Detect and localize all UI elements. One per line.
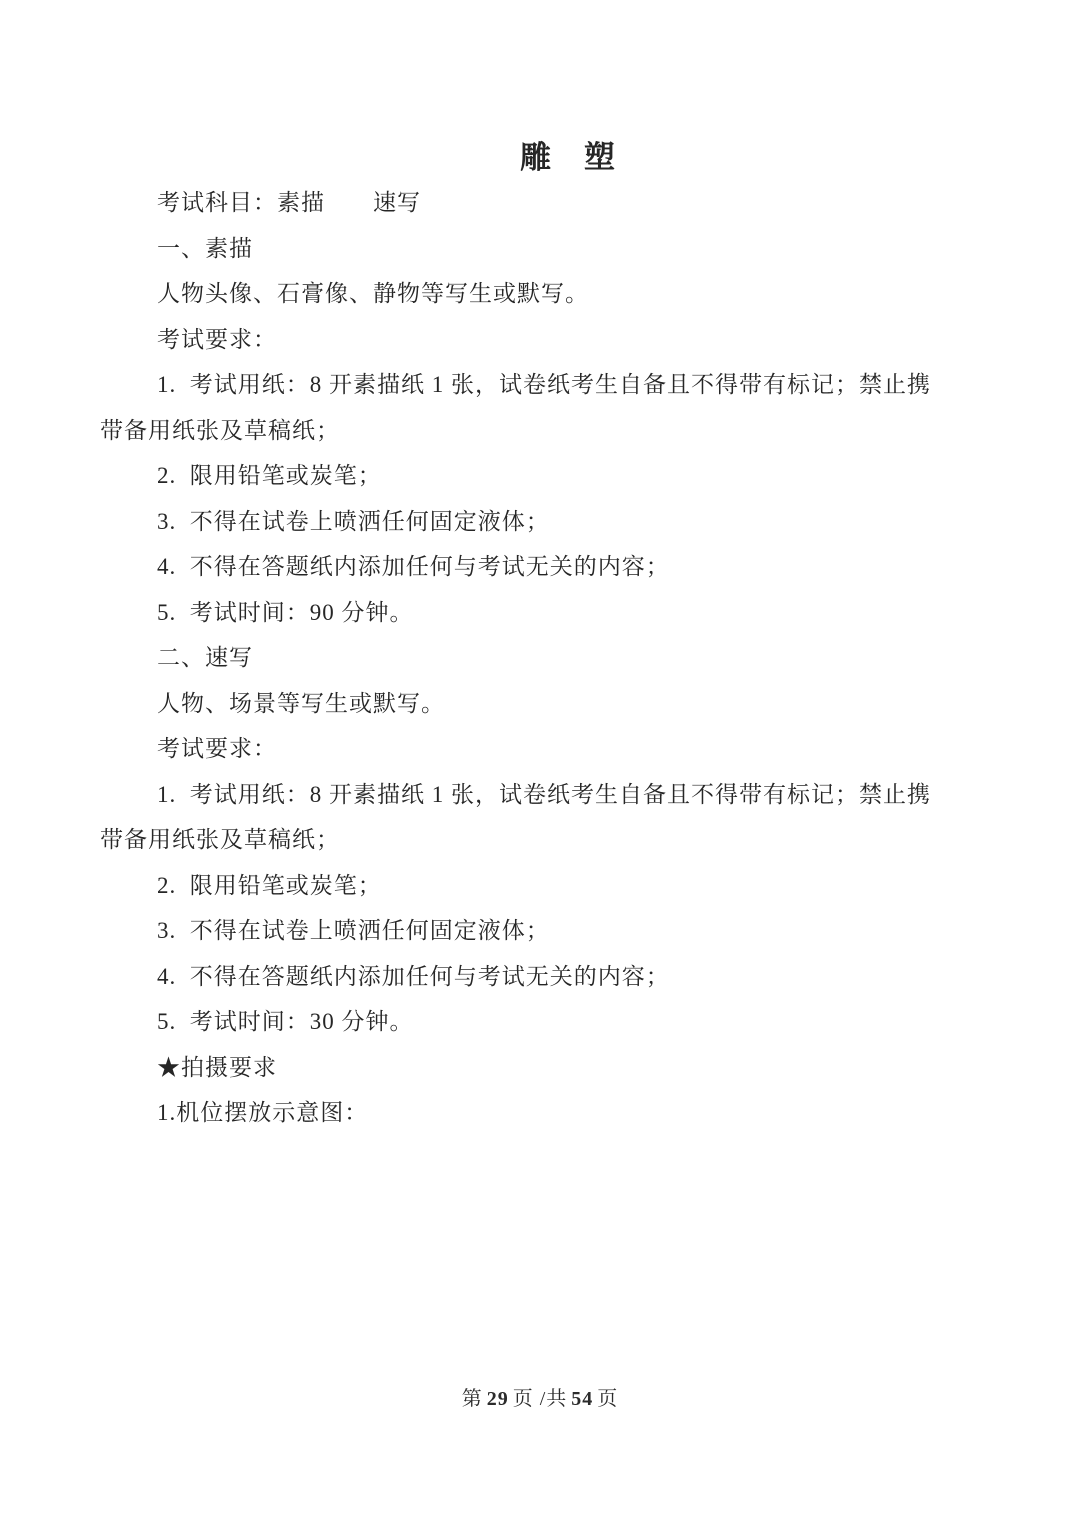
text-line: ★拍摄要求	[100, 1045, 1020, 1091]
footer-page-prefix: 第	[462, 1388, 483, 1410]
footer-page-middle: 页 /共	[513, 1388, 568, 1410]
footer-page-suffix: 页	[597, 1388, 618, 1410]
text-line: 考试科目：素描 速写	[100, 180, 1020, 226]
text-line: 1. 考试用纸：8 开素描纸 1 张，试卷纸考生自备且不得带有标记；禁止携	[100, 772, 1020, 818]
page-footer: 第29页 /共54页	[0, 1384, 1080, 1414]
text-line: 1. 考试用纸：8 开素描纸 1 张，试卷纸考生自备且不得带有标记；禁止携	[100, 362, 1020, 408]
text-line: 带备用纸张及草稿纸；	[100, 408, 1020, 454]
page-title: 雕 塑	[0, 0, 1080, 178]
text-line: 4. 不得在答题纸内添加任何与考试无关的内容；	[100, 544, 1020, 590]
document-page: 雕 塑 考试科目：素描 速写一、素描人物头像、石膏像、静物等写生或默写。考试要求…	[0, 0, 1080, 1527]
text-line: 3. 不得在试卷上喷洒任何固定液体；	[100, 908, 1020, 954]
text-line: 带备用纸张及草稿纸；	[100, 817, 1020, 863]
text-line: 5. 考试时间：30 分钟。	[100, 999, 1020, 1045]
text-line: 5. 考试时间：90 分钟。	[100, 590, 1020, 636]
text-line: 考试要求：	[100, 317, 1020, 363]
footer-total-pages: 54	[571, 1388, 593, 1410]
text-line: 2. 限用铅笔或炭笔；	[100, 863, 1020, 909]
document-body: 考试科目：素描 速写一、素描人物头像、石膏像、静物等写生或默写。考试要求：1. …	[0, 178, 1080, 1136]
text-line: 2. 限用铅笔或炭笔；	[100, 453, 1020, 499]
text-line: 人物头像、石膏像、静物等写生或默写。	[100, 271, 1020, 317]
text-line: 4. 不得在答题纸内添加任何与考试无关的内容；	[100, 954, 1020, 1000]
footer-page-number: 29	[487, 1388, 509, 1410]
text-line: 一、素描	[100, 226, 1020, 272]
text-line: 3. 不得在试卷上喷洒任何固定液体；	[100, 499, 1020, 545]
text-line: 二、速写	[100, 635, 1020, 681]
text-line: 考试要求：	[100, 726, 1020, 772]
text-line: 人物、场景等写生或默写。	[100, 681, 1020, 727]
text-line: 1.机位摆放示意图：	[100, 1090, 1020, 1136]
